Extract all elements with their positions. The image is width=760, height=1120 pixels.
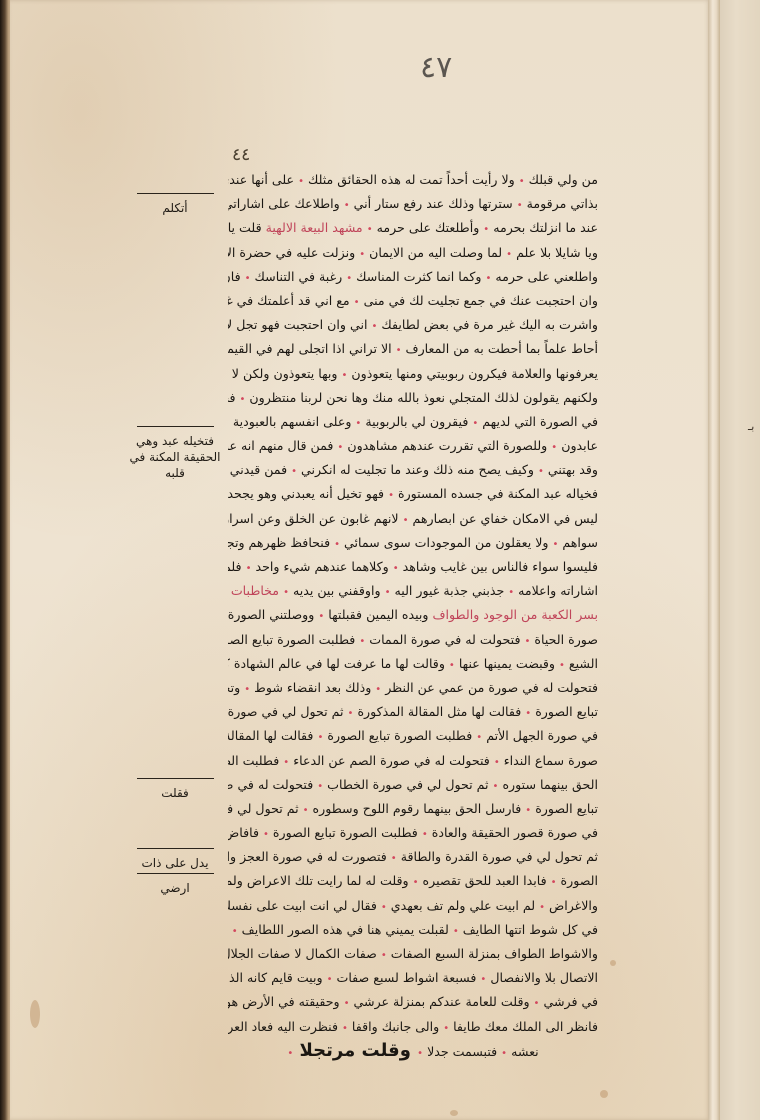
verse-separator-dot: •	[344, 200, 350, 211]
verse-separator-dot: •	[318, 611, 324, 622]
verse-separator-dot: •	[396, 345, 402, 356]
rubric-heading: مشهد البيعة الالهية	[262, 220, 367, 235]
text-line: الاتصال بلا والانفصال • فسبعة اشواط لسبع…	[228, 966, 598, 990]
marginal-gloss: أتكلم	[120, 193, 230, 216]
verse-separator-dot: •	[371, 321, 377, 332]
verse-separator-dot: •	[551, 877, 557, 888]
gloss-mark	[137, 778, 214, 785]
verse-separator-dot: •	[334, 539, 340, 550]
text-line: في فرشي • وقلت للعامة عندكم بمنزلة عرشي …	[228, 990, 598, 1014]
paper-stain	[610, 960, 616, 966]
verse-separator-dot: •	[263, 829, 269, 840]
verse-separator-dot: •	[483, 224, 489, 235]
verse-separator-dot: •	[413, 877, 419, 888]
verse-separator-dot: •	[375, 684, 381, 695]
paper-stain	[600, 1090, 608, 1098]
text-line: اشاراته واعلامه • جذبني جذبة غيور اليه •…	[228, 579, 598, 603]
verse-separator-dot: •	[359, 249, 365, 260]
verse-separator-dot: •	[342, 370, 348, 381]
verse-separator-dot: •	[519, 176, 525, 187]
text-line: في كل شوط اتتها الطايف • لقبلت يميني هنا…	[228, 918, 598, 942]
gloss-text: أتكلم	[162, 201, 187, 215]
marginal-gloss: فتخيله عبد وهي الحقيقة المكنة في قلبه	[120, 426, 230, 481]
verse-separator-dot: •	[553, 539, 559, 550]
text-line: أحاط علماً بما أحطت به من المعارف • الا …	[228, 337, 598, 361]
marginal-gloss: بـ	[748, 420, 754, 433]
text-line: صورة سماع النداء • فتحولت له في صورة الص…	[228, 749, 598, 773]
marginal-gloss: فقلت	[120, 778, 230, 801]
marginal-gloss: ارضي	[120, 873, 230, 896]
verse-separator-dot: •	[359, 636, 365, 647]
verse-separator-dot: •	[501, 1048, 507, 1059]
text-line: وقد بهتني • وكيف يصح منه ذلك وعند ما تجل…	[228, 458, 598, 482]
verse-separator-dot: •	[508, 587, 514, 598]
verse-separator-dot: •	[344, 998, 350, 1009]
verse-separator-dot: •	[327, 974, 333, 985]
paper-stain	[30, 1000, 40, 1028]
text-line: بذاتي مرقومة • سترتها وذلك عند رفع ستار …	[228, 192, 598, 216]
verse-separator-dot: •	[342, 1023, 348, 1034]
verse-separator-dot: •	[517, 200, 523, 211]
text-line: في صورة الجهل الأتم • فطلبت الصورة تبايع…	[228, 724, 598, 748]
verse-separator-dot: •	[232, 926, 238, 937]
gloss-text: ارضي	[160, 881, 189, 895]
verse-separator-dot: •	[525, 636, 531, 647]
facing-page-edge	[720, 0, 760, 1120]
text-line: ولكنهم يقولون لذلك المتجلي نعوذ بالله من…	[228, 386, 598, 410]
gloss-mark	[137, 873, 214, 880]
verse-separator-dot: •	[393, 563, 399, 574]
text-line: الشيع • وقبضت يمينها عنها • وقالت لها ما…	[228, 652, 598, 676]
verse-separator-dot: •	[391, 853, 397, 864]
text-line: والاشواط الطواف بمنزلة السبع الصفات • صف…	[228, 942, 598, 966]
verse-separator-dot: •	[453, 926, 459, 937]
verse-separator-dot: •	[506, 249, 512, 260]
verse-separator-dot: •	[449, 660, 455, 671]
marginal-gloss: يدل على ذات	[120, 848, 230, 871]
verse-separator-dot: •	[551, 442, 557, 453]
verse-separator-dot: •	[354, 297, 360, 308]
verse-separator-dot: •	[381, 902, 387, 913]
manuscript-spread: ٤٧ ٤٤ من ولي قبلك • ولا رأيت أحداً تمت ل…	[0, 0, 760, 1120]
text-line: بسر الكعبة من الوجود والطواف وبيده اليمي…	[228, 603, 598, 627]
text-line: فخياله عبد المكنة في جسده المستورة • فهو…	[228, 482, 598, 506]
verse-separator-dot: •	[403, 515, 409, 526]
main-text-block: من ولي قبلك • ولا رأيت أحداً تمت له هذه …	[228, 168, 598, 1063]
rubric-heading: مخاطبات التعليم ولا لطائف	[228, 583, 283, 598]
rubric-heading: بسر الكعبة من الوجود والطواف	[428, 607, 598, 622]
verse-separator-dot: •	[538, 466, 544, 477]
text-line: الحق بينهما ستوره • ثم تحول لي في صورة ا…	[228, 773, 598, 797]
verse-separator-dot: •	[534, 998, 540, 1009]
gloss-text: فتخيله عبد وهي الحقيقة المكنة في قلبه	[130, 434, 221, 480]
text-line: سواهم • ولا يعقلون من الموجودات سوى سمائ…	[228, 531, 598, 555]
gloss-mark	[137, 426, 214, 433]
verse-separator-dot: •	[367, 224, 373, 235]
gloss-mark	[137, 848, 214, 855]
verse-separator-dot: •	[317, 781, 323, 792]
text-line: تبايع الصورة • فارسل الحق بينهما رقوم ال…	[228, 797, 598, 821]
verse-separator-dot: •	[298, 176, 304, 187]
text-line: وان احتجبت عنك في جمع تجليت لك في منى • …	[228, 289, 598, 313]
verse-separator-dot: •	[348, 708, 354, 719]
text-line: تبايع الصورة • فقالت لها مثل المقالة الم…	[228, 700, 598, 724]
text-line: الصورة • فابدا العبد للحق تقصيره • وقلت …	[228, 869, 598, 893]
text-line: واطلعني على حرمه • وكما انما كثرت المناس…	[228, 265, 598, 289]
text-line: واشرت به اليك غير مرة في بعض لطايفك • ان…	[228, 313, 598, 337]
gloss-text: يدل على ذات	[141, 856, 208, 870]
verse-separator-dot: •	[493, 781, 499, 792]
paper-stain	[450, 1110, 458, 1116]
text-line: في صورة قصور الحقيقة والعادة • فطلبت الص…	[228, 821, 598, 845]
verse-separator-dot: •	[525, 805, 531, 816]
verse-separator-dot: •	[385, 587, 391, 598]
verse-separator-dot: •	[494, 757, 500, 768]
verse-separator-dot: •	[283, 757, 289, 768]
text-line: صورة الحياة • فتحولت له في صورة الممات •…	[228, 628, 598, 652]
text-line: عابدون • وللصورة التي تقررت عندهم مشاهدو…	[228, 434, 598, 458]
text-line: فانظر الى الملك معك طايفا • والى جانبك و…	[228, 1015, 598, 1039]
text-line: ثم تحول لي في صورة القدرة والطاقة • فتصو…	[228, 845, 598, 869]
closing-verse-heading: وقلت مرتجلا	[293, 1040, 417, 1061]
verse-separator-dot: •	[317, 732, 323, 743]
text-line: يعرفونها والعلامة فيكرون ربوبيتي ومنها ي…	[228, 362, 598, 386]
text-line: من ولي قبلك • ولا رأيت أحداً تمت له هذه …	[228, 168, 598, 192]
verse-separator-dot: •	[559, 660, 565, 671]
verse-separator-dot: •	[245, 273, 251, 284]
text-line: والاغراض • لم ابيت علي ولم تف بعهدي • فق…	[228, 894, 598, 918]
text-line: ليس في الامكان خفاي عن ابصارهم • لانهم غ…	[228, 507, 598, 531]
gloss-mark	[137, 193, 214, 200]
verse-separator-dot: •	[381, 950, 387, 961]
verse-separator-dot: •	[472, 418, 478, 429]
page-number: ٤٤	[232, 145, 250, 165]
text-line: فتحولت له في صورة من عمي عن النظر • وذلك…	[228, 676, 598, 700]
verse-separator-dot: •	[244, 684, 250, 695]
verse-separator-dot: •	[239, 394, 245, 405]
page-gutter	[708, 0, 720, 1120]
verse-separator-dot: •	[525, 708, 531, 719]
folio-number: ٤٧	[420, 50, 452, 85]
verse-separator-dot: •	[355, 418, 361, 429]
verse-separator-dot: •	[539, 902, 545, 913]
text-line: في الصورة التي لديهم • فيقرون لي بالربوب…	[228, 410, 598, 434]
verse-separator-dot: •	[283, 587, 289, 598]
verse-separator-dot: •	[422, 829, 428, 840]
verse-separator-dot: •	[388, 490, 394, 501]
verse-separator-dot: •	[443, 1023, 449, 1034]
verse-separator-dot: •	[246, 563, 252, 574]
verse-separator-dot: •	[291, 466, 297, 477]
text-line: فليسوا سواء فالناس بين غايب وشاهد • وكلا…	[228, 555, 598, 579]
text-line: ويا شايلا بلا علم • لما وصلت اليه من الا…	[228, 241, 598, 265]
verse-separator-dot: •	[346, 273, 352, 284]
verse-separator-dot: •	[486, 273, 492, 284]
verse-separator-dot: •	[480, 974, 486, 985]
text-line: نعشه • فتبسمت جدلا • وقلت مرتجلا •	[228, 1039, 598, 1063]
verse-separator-dot: •	[476, 732, 482, 743]
text-line: عند ما انزلتك بحرمه • وأطلعتك على حرمه •…	[228, 216, 598, 240]
verse-separator-dot: •	[337, 442, 343, 453]
gloss-text: فقلت	[161, 786, 189, 800]
verse-separator-dot: •	[303, 805, 309, 816]
verse-separator-dot: •	[417, 1048, 423, 1059]
